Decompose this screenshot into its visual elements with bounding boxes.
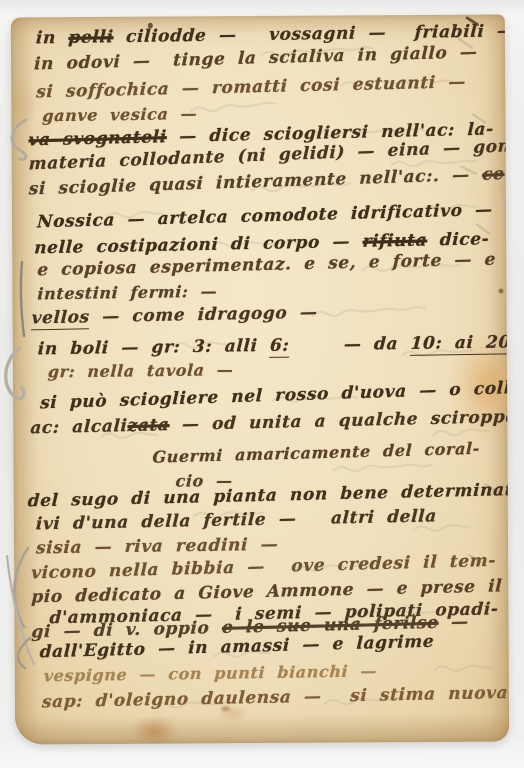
handwritten-text: ove credesi il tem- xyxy=(291,551,496,577)
handwritten-text: ciliodde — xyxy=(113,25,250,47)
handwritten-line: sisia — riva readini — xyxy=(35,535,278,559)
handwritten-text: 6: xyxy=(269,336,290,358)
handwritten-text: 10: ai 20: xyxy=(410,332,509,356)
handwritten-text: sisia — riva readini — xyxy=(35,535,278,559)
word-gap xyxy=(249,39,269,40)
word-gap xyxy=(309,522,331,523)
scan-background: in pelli ciliodde — vossagni — friabili … xyxy=(0,0,524,768)
handwritten-text: vellos xyxy=(31,307,90,330)
handwritten-text: zata xyxy=(127,415,170,436)
handwritten-text: pelli xyxy=(68,27,114,48)
handwritten-text: friabili — xyxy=(414,21,509,43)
handwritten-line: ac: alcalizata — od unita a qualche scir… xyxy=(30,407,509,439)
handwritten-text: in odovi — xyxy=(34,51,164,75)
handwritten-text: altri della xyxy=(330,506,437,528)
handwritten-text: Nossica — artelca comodote idrificativo … xyxy=(37,200,494,232)
handwritten-text: — od unita a qualche sciroppo- xyxy=(169,407,509,435)
word-gap xyxy=(289,349,331,351)
manuscript-page: in pelli ciliodde — vossagni — friabili … xyxy=(11,14,509,744)
handwritten-line: ganve vesica — xyxy=(42,104,198,125)
handwritten-line: ivi d'una della fertile — altri della xyxy=(35,506,437,534)
handwritten-line: si soffochica — romatti cosi estuanti — xyxy=(36,72,467,102)
handwritten-text: — da xyxy=(331,334,411,355)
handwritten-line: in boli — gr: 3: alli 6: — da 10: ai 20: xyxy=(37,332,509,359)
handwritten-text: in xyxy=(35,28,69,49)
handwritten-text: ivi d'una della fertile — xyxy=(35,509,309,535)
handwritten-text: tinge la scialiva in giallo — xyxy=(173,42,478,70)
handwritten-text: ganve vesica — xyxy=(42,104,198,125)
handwritten-text: vicono nella bibbia — xyxy=(31,557,278,584)
word-gap xyxy=(334,700,350,701)
handwritten-text: sap: d'oleigno daulensa — xyxy=(41,686,334,712)
handwritten-line: sap: d'oleigno daulensa — si stima nuova xyxy=(41,683,508,712)
handwritten-text: si stima nuova xyxy=(350,683,509,706)
handwritten-text: ac: alcali xyxy=(30,416,128,438)
handwritten-text: in boli — gr: 3: alli xyxy=(37,336,270,359)
handwritten-line: vespigne — con punti bianchi — xyxy=(43,661,377,685)
handwritten-line: intestini fermi: — xyxy=(37,282,218,304)
word-gap xyxy=(163,65,173,66)
word-gap xyxy=(277,570,291,571)
handwritten-text: intestini fermi: — xyxy=(37,282,218,304)
handwritten-line: vellos — come idragogo — xyxy=(31,303,318,329)
handwritten-text: gr: nella tavola — xyxy=(47,360,234,381)
handwritten-text: rifiuta xyxy=(362,230,428,251)
handwritten-line: Guermi amaricamente del coral- xyxy=(152,439,480,467)
handwritten-line: Nossica — artelca comodote idrificativo … xyxy=(37,200,494,232)
handwritten-text: vespigne — con punti bianchi — xyxy=(43,661,377,685)
handwritten-text: vossagni — xyxy=(269,23,400,45)
word-gap xyxy=(398,37,414,38)
handwritten-text: — come idragogo — xyxy=(89,303,318,328)
handwritten-text: — xyxy=(438,612,469,633)
handwritten-text: Guermi amaricamente del coral- xyxy=(152,439,480,467)
handwritten-text: si soffochica — romatti cosi estuanti — xyxy=(36,72,467,102)
handwritten-text: va svognateli xyxy=(28,127,167,150)
handwriting: in pelli ciliodde — vossagni — friabili … xyxy=(11,14,509,744)
handwritten-text: dice- xyxy=(427,229,490,250)
handwritten-line: gr: nella tavola — xyxy=(47,360,234,381)
handwritten-text: ce xyxy=(482,164,505,185)
